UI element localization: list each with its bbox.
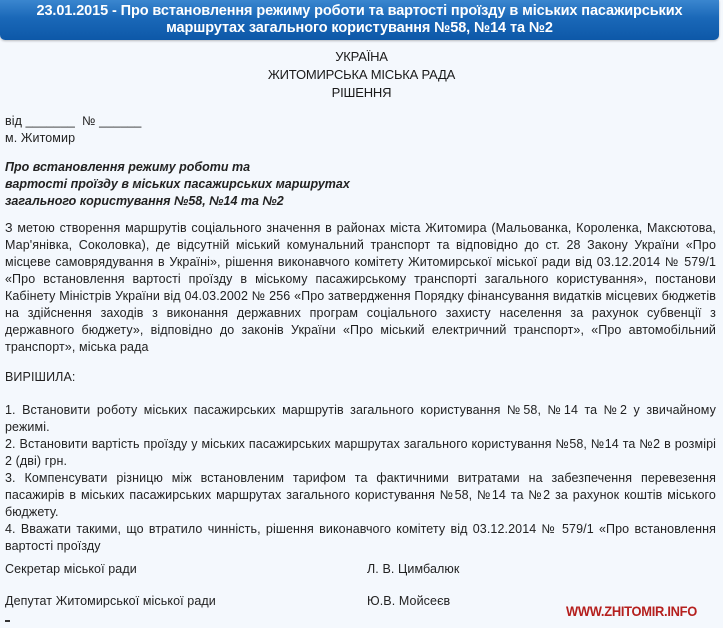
heading-country: УКРАЇНА (0, 48, 723, 66)
header-title-line1: 23.01.2015 - Про встановлення режиму роб… (0, 3, 719, 20)
document-heading: УКРАЇНА ЖИТОМИРСЬКА МІСЬКА РАДА РІШЕННЯ (0, 48, 723, 102)
city-line: м. Житомир (5, 130, 142, 147)
signature-name: Ю.В. Мойсеєв (367, 593, 450, 610)
heading-council: ЖИТОМИРСЬКА МІСЬКА РАДА (0, 66, 723, 84)
resolution-item: 1. Встановити роботу міських пасажирськи… (5, 402, 716, 436)
resolution-items: 1. Встановити роботу міських пасажирськи… (5, 402, 716, 555)
subject-line-1: Про встановлення режиму роботи та (5, 159, 350, 176)
subject-line-2: вартості проїзду в міських пасажирських … (5, 176, 350, 193)
site-watermark: WWW.ZHITOMIR.INFO (566, 603, 697, 619)
resolution-item: 4. Вважати такими, що втратило чинність,… (5, 521, 716, 555)
header-title-line2: маршрутах загального користування №58, №… (0, 20, 719, 37)
document-meta: від _______ № ______ м. Житомир (5, 113, 142, 147)
signature-name: Л. В. Цимбалюк (367, 561, 459, 578)
signature-role: Секретар міської ради (5, 561, 137, 578)
resolution-item: 2. Встановити вартість проїзду у міських… (5, 436, 716, 470)
page-header: 23.01.2015 - Про встановлення режиму роб… (0, 0, 719, 40)
resolved-label: ВИРІШИЛА: (5, 369, 716, 386)
signature-role: Депутат Житомирської міської ради (5, 593, 216, 610)
document-subject: Про встановлення режиму роботи та вартос… (5, 159, 350, 210)
date-number-line: від _______ № ______ (5, 113, 142, 130)
preamble-paragraph: З метою створення маршрутів соціального … (5, 220, 716, 356)
subject-line-3: загального користування №58, №14 та №2 (5, 193, 350, 210)
resolution-item: 3. Компенсувати різницю між встановленим… (5, 470, 716, 521)
heading-type: РІШЕННЯ (0, 84, 723, 102)
cutoff-glyph (5, 620, 10, 622)
